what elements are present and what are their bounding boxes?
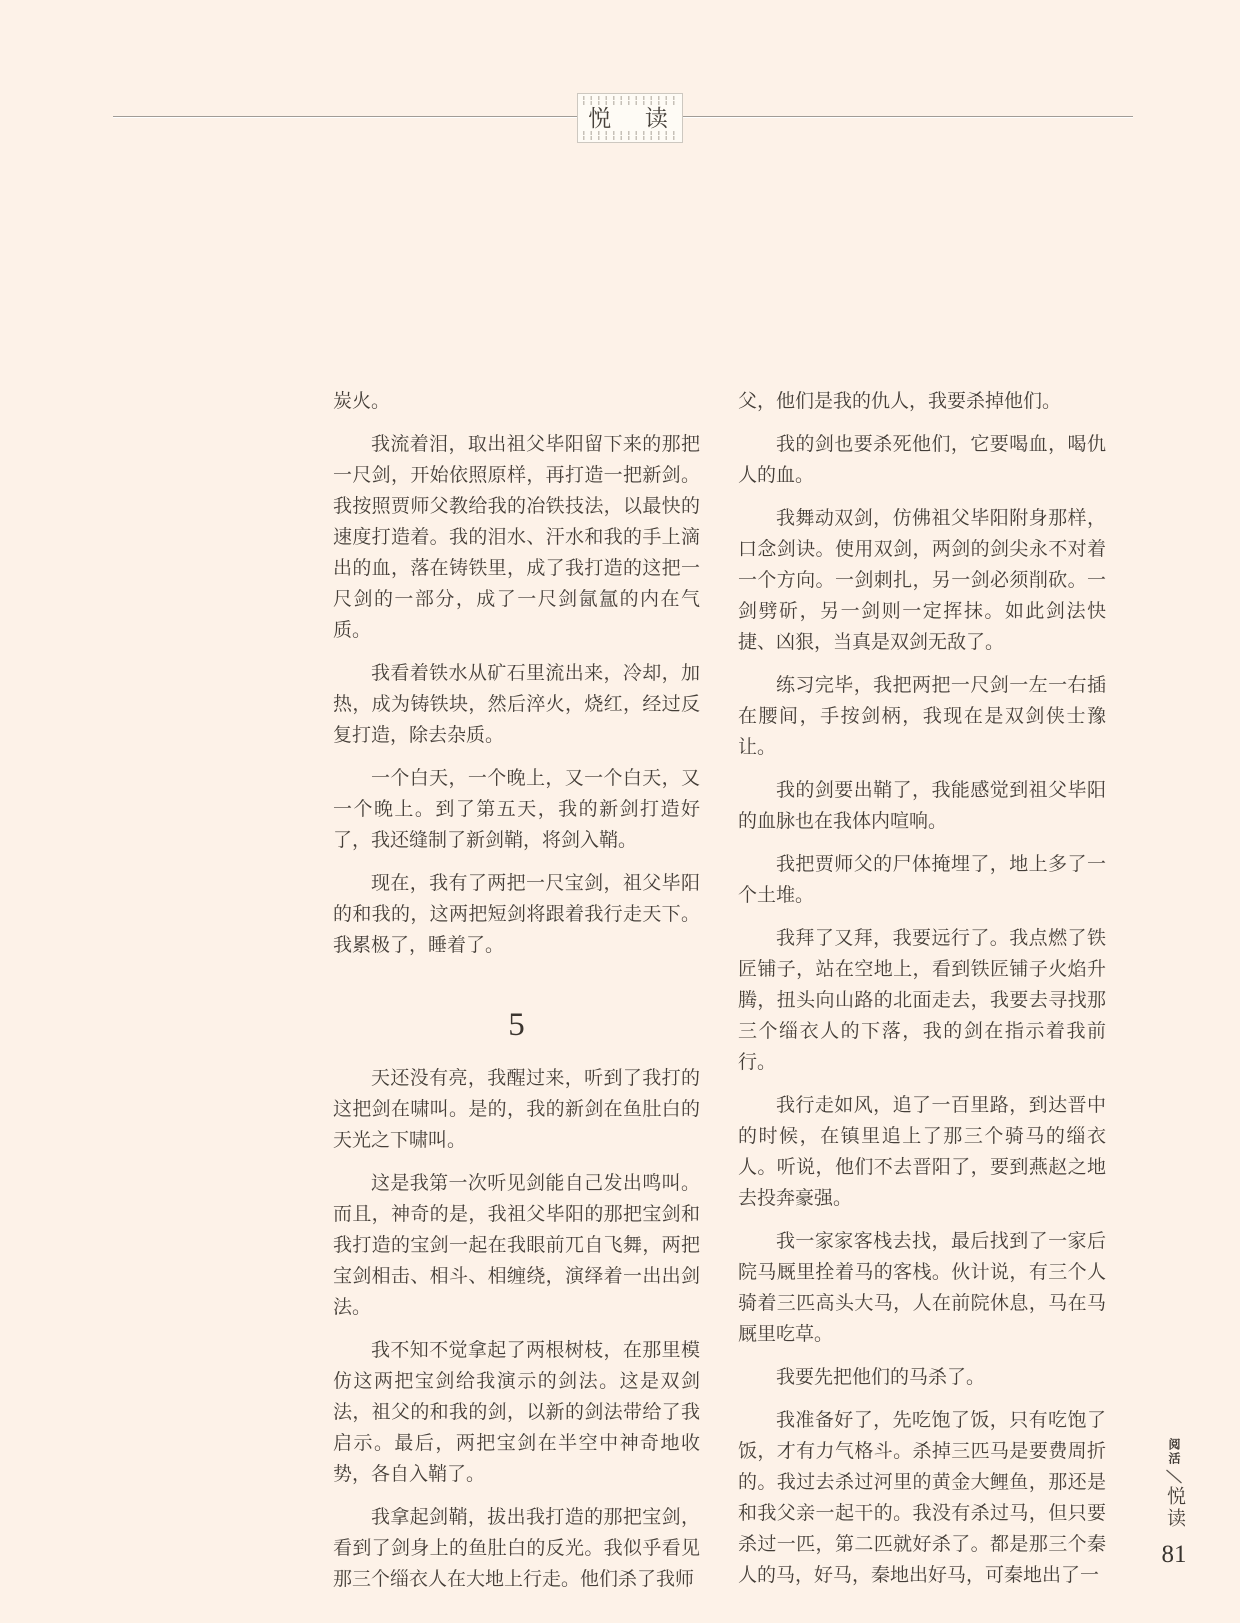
tick-pattern [583,136,677,140]
paragraph: 我不知不觉拿起了两根树枝，在那里模仿这两把宝剑给我演示的剑法。这是双剑法，祖父的… [333,1335,700,1490]
paragraph: 炭火。 [333,386,700,417]
paragraph: 我行走如风，追了一百里路，到达晋中的时候，在镇里追上了那三个骑马的缁衣人。听说，… [738,1090,1106,1214]
paragraph: 这是我第一次听见剑能自己发出鸣叫。而且，神奇的是，我祖父毕阳的那把宝剑和我打造的… [333,1168,700,1323]
slash-icon [1165,1469,1183,1484]
paragraph: 我把贾师父的尸体掩埋了，地上多了一个土堆。 [738,849,1106,911]
section-title: 悦 读 [578,106,682,132]
paragraph: 我一家家客栈去找，最后找到了一家后院马厩里拴着马的客栈。伙计说，有三个人骑着三匹… [738,1226,1106,1350]
paragraph: 我要先把他们的马杀了。 [738,1362,1106,1393]
paragraph: 现在，我有了两把一尺宝剑，祖父毕阳的和我的，这两把短剑将跟着我行走天下。我累极了… [333,868,700,961]
paragraph: 我拿起剑鞘，拔出我打造的那把宝剑，看到了剑身上的鱼肚白的反光。我似乎看见那三个缁… [333,1502,700,1595]
magazine-page: 悦 读 炭火。 我流着泪，取出祖父毕阳留下来的那把一尺剑，开始依照原样，再打造一… [0,0,1240,1623]
paragraph: 我准备好了，先吃饱了饭，只有吃饱了饭，才有力气格斗。杀掉三匹马是要费周折的。我过… [738,1405,1106,1591]
paragraph: 父，他们是我的仇人，我要杀掉他们。 [738,386,1106,417]
margin-label-group: 阅活 悦读 81 [1157,1438,1191,1568]
paragraph: 我拜了又拜，我要远行了。我点燃了铁匠铺子，站在空地上，看到铁匠铺子火焰升腾，扭头… [738,923,1106,1078]
paragraph: 我舞动双剑，仿佛祖父毕阳附身那样，口念剑诀。使用双剑，两剑的剑尖永不对着一个方向… [738,503,1106,658]
right-column: 父，他们是我的仇人，我要杀掉他们。 我的剑也要杀死他们，它要喝血，喝仇人的血。 … [738,386,1106,1603]
section-header-box: 悦 读 [577,93,683,143]
tick-pattern [583,101,677,105]
left-column: 炭火。 我流着泪，取出祖父毕阳留下来的那把一尺剑，开始依照原样，再打造一把新剑。… [333,386,700,1607]
tick-pattern [583,96,677,100]
paragraph: 我看着铁水从矿石里流出来，冷却，加热，成为铸铁块，然后淬火，烧红，经过反复打造，… [333,658,700,751]
paragraph: 我的剑要出鞘了，我能感觉到祖父毕阳的血脉也在我体内喧响。 [738,775,1106,837]
section-number: 5 [333,1007,700,1043]
margin-label-small: 阅活 [1167,1438,1181,1466]
paragraph: 我流着泪，取出祖父毕阳留下来的那把一尺剑，开始依照原样，再打造一把新剑。我按照贾… [333,429,700,646]
paragraph: 我的剑也要杀死他们，它要喝血，喝仇人的血。 [738,429,1106,491]
margin-label-large: 悦读 [1164,1486,1184,1530]
page-number: 81 [1162,1542,1187,1568]
paragraph: 天还没有亮，我醒过来，听到了我打的这把剑在啸叫。是的，我的新剑在鱼肚白的天光之下… [333,1063,700,1156]
paragraph: 一个白天，一个晚上，又一个白天，又一个晚上。到了第五天，我的新剑打造好了，我还缝… [333,763,700,856]
paragraph: 练习完毕，我把两把一尺剑一左一右插在腰间，手按剑柄，我现在是双剑侠士豫让。 [738,670,1106,763]
